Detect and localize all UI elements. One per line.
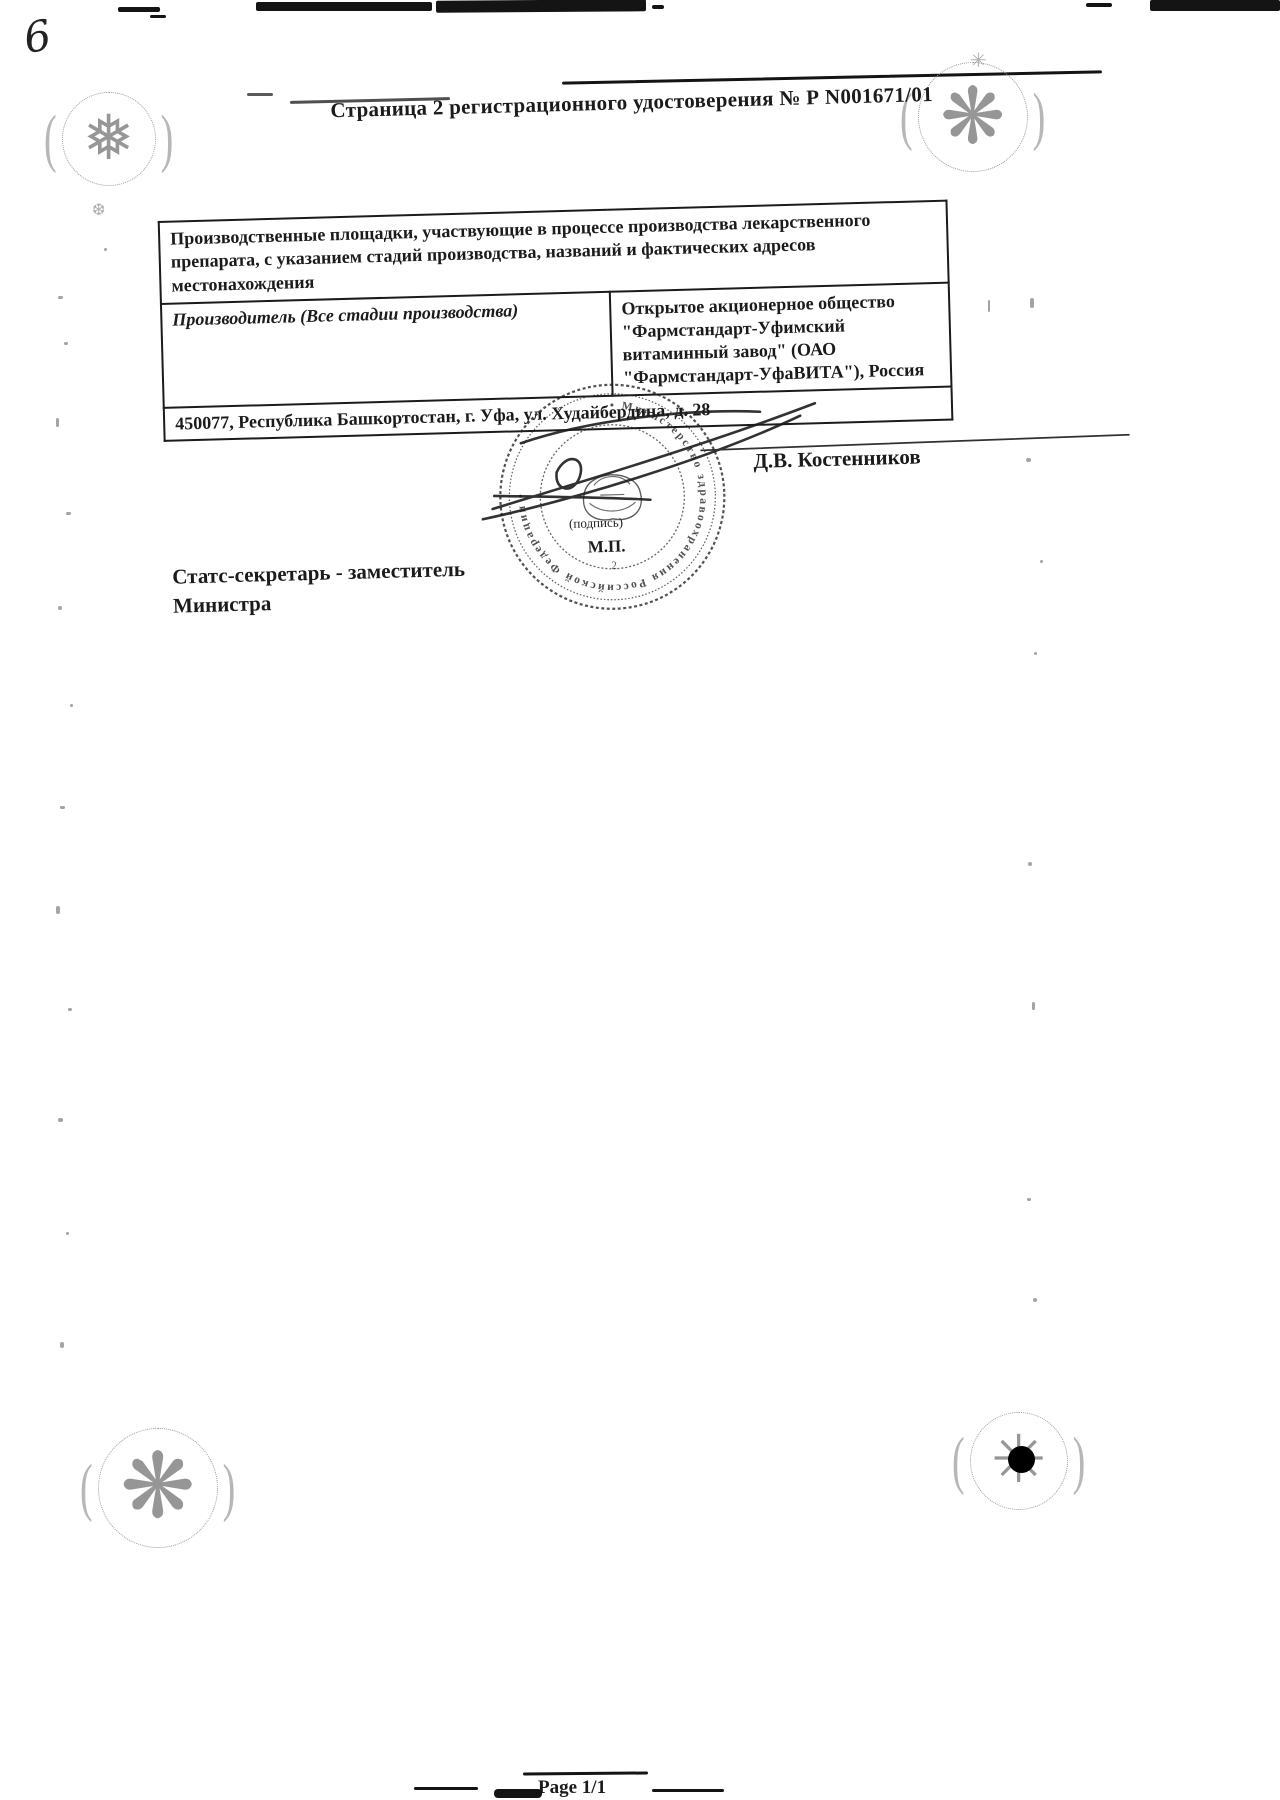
scan-smudge xyxy=(1086,3,1112,7)
signer-title: Статс-секретарь - заместитель Министра xyxy=(172,554,503,622)
arc-left-icon: ( xyxy=(952,1424,965,1499)
rosette-icon: ❋ xyxy=(120,1443,195,1533)
ink-blot xyxy=(1008,1446,1035,1473)
scan-smudge xyxy=(414,1787,478,1790)
scanned-document-page: 6 ( ❅ ) ❆ ( ❋ ) ✳ ( ❋ ) ( ✳ ) xyxy=(0,0,1280,1800)
scan-smudge xyxy=(150,15,166,18)
handwritten-page-mark: 6 xyxy=(20,10,55,63)
page-title: Страница 2 регистрационного удостоверени… xyxy=(182,78,1082,127)
scan-smudge xyxy=(494,1789,542,1798)
document-content: Страница 2 регистрационного удостоверени… xyxy=(0,63,1280,757)
arc-right-icon: ) xyxy=(223,1451,236,1526)
scan-smudge xyxy=(118,7,160,12)
svg-text:2: 2 xyxy=(611,560,617,572)
guilloche-ornament-bottom-left: ( ❋ ) xyxy=(80,1428,235,1548)
scan-smudge xyxy=(652,1789,724,1792)
scan-smudge xyxy=(1150,0,1280,11)
rosette-ring: ❋ xyxy=(98,1428,218,1548)
footer-page-label: Page 1/1 xyxy=(538,1777,606,1799)
arc-right-icon: ) xyxy=(1073,1424,1086,1499)
arc-left-icon: ( xyxy=(80,1451,93,1526)
scan-smudge xyxy=(436,0,646,13)
footer-rule xyxy=(523,1771,648,1775)
scan-smudge xyxy=(256,2,432,11)
scan-smudge xyxy=(652,5,664,9)
signature-scribble-icon xyxy=(470,387,1133,535)
starburst-icon: ✳ xyxy=(970,48,987,73)
